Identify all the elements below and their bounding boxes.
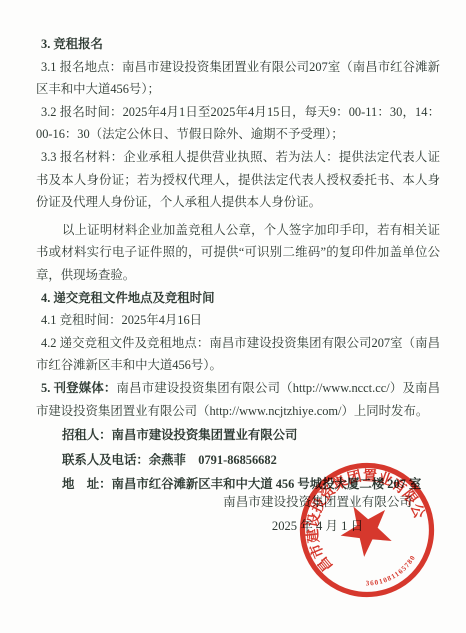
item-5-lead: 5. 刊登媒体：: [41, 381, 117, 395]
materials-note: 以上证明材料企业加盖竞租人公章，个人签字加印手印，若有相关证书或材料实行电子证件…: [36, 219, 440, 287]
item-3-1: 3.1 报名地点：南昌市建设投资集团置业有限公司207室（南昌市红谷滩新区丰和中…: [36, 56, 440, 101]
signature-date: 2025 年 4 月 1 日: [223, 515, 412, 539]
contact-phone-line: 联系人及电话：余燕菲 0791-86856682: [36, 449, 440, 472]
seal-serial-number: 3601081165780: [362, 552, 421, 595]
scanned-document-page: 3. 竞租报名 3.1 报名地点：南昌市建设投资集团置业有限公司207室（南昌市…: [0, 0, 466, 633]
item-4-1: 4.1 竞租时间：2025年4月16日: [36, 309, 440, 332]
seal-serial-textpath: 3601081165780: [362, 552, 421, 595]
document-body: 3. 竞租报名 3.1 报名地点：南昌市建设投资集团置业有限公司207室（南昌市…: [36, 33, 440, 496]
signature-block: 南昌市建设投资集团置业有限公司 2025 年 4 月 1 日: [223, 491, 412, 538]
item-4-2: 4.2 递交竞租文件及竞租地点：南昌市建设投资集团有限公司207室（南昌市红谷滩…: [36, 332, 440, 377]
item-3-2: 3.2 报名时间：2025年4月1日至2025年4月15日，每天9：00-11：…: [36, 101, 440, 146]
item-5-media: 5. 刊登媒体：南昌市建设投资集团有限公司（http://www.ncct.cc…: [36, 377, 440, 422]
signature-company: 南昌市建设投资集团置业有限公司: [223, 491, 412, 515]
lessor-line: 招租人：南昌市建设投资集团置业有限公司: [36, 424, 440, 447]
item-3-3: 3.3 报名材料：企业承租人提供营业执照、若为法人：提供法定代表人证书及本人身份…: [36, 146, 440, 214]
section4-heading: 4. 递交竞租文件地点及竞租时间: [36, 287, 440, 310]
section3-heading: 3. 竞租报名: [36, 33, 440, 56]
